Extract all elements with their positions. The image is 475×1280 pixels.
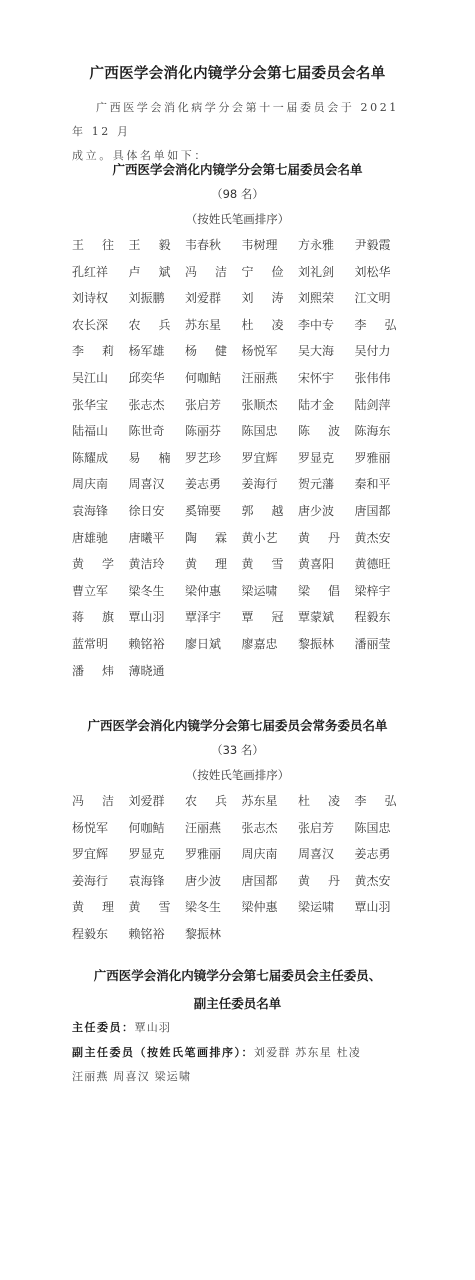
member-name: 秦和平: [355, 475, 397, 502]
member-name: 蓝常明: [72, 635, 114, 662]
member-name: 贺元藩: [298, 475, 340, 502]
member-name: 邱奕华: [129, 369, 171, 396]
member-name: 陈耀成: [72, 449, 114, 476]
member-name: 姜海行: [242, 475, 284, 502]
vice-chair-row: 副主任委员（按姓氏笔画排序）：刘爱群 苏东星 杜凌: [72, 1044, 361, 1060]
member-name: 梁冬生: [129, 582, 171, 609]
member-name: 刘涛: [242, 289, 284, 316]
member-name: 陈丽芬: [185, 422, 227, 449]
member-name: 刘熙荣: [298, 289, 340, 316]
leadership-title-line-1: 广西医学会消化内镜学分会第七届委员会主任委员、: [0, 966, 475, 984]
leadership-title-line-2: 副主任委员名单: [0, 994, 475, 1012]
member-name: 唐雄驰: [72, 529, 114, 556]
member-name: 黄雪: [129, 898, 171, 925]
member-name: 梁仲惠: [242, 898, 284, 925]
member-name: 周喜汉: [129, 475, 171, 502]
member-name: 罗雅丽: [185, 845, 227, 872]
member-name: 覃泽宇: [185, 608, 227, 635]
member-name: 张志杰: [129, 396, 171, 423]
member-name: 陈世奇: [129, 422, 171, 449]
member-name: 姜海行: [72, 872, 114, 899]
member-name: 黎振林: [185, 925, 227, 952]
member-name: 江文明: [355, 289, 397, 316]
member-name: 陆福山: [72, 422, 114, 449]
member-name: 杨健: [185, 342, 227, 369]
member-name: 陆剑萍: [355, 396, 397, 423]
member-name: 廖日斌: [185, 635, 227, 662]
member-name: 梁运啸: [298, 898, 340, 925]
member-name: 冯洁: [72, 792, 114, 819]
member-name: 奚锦要: [185, 502, 227, 529]
member-name: 刘爱群: [129, 792, 171, 819]
vice-chair-label: 副主任委员（按姓氏笔画排序）：: [72, 1046, 254, 1059]
member-name: 陈波: [298, 422, 340, 449]
member-name: 黄杰安: [355, 529, 397, 556]
member-name: 潘炜: [72, 662, 114, 689]
member-name: 梁冬生: [185, 898, 227, 925]
member-name: 杜凌: [298, 792, 340, 819]
member-name: 张伟伟: [355, 369, 397, 396]
member-name: 程毅东: [72, 925, 114, 952]
member-name: 罗宜辉: [72, 845, 114, 872]
member-name: 梁仲惠: [185, 582, 227, 609]
member-name: 苏东星: [242, 792, 284, 819]
member-name: 黄理: [185, 555, 227, 582]
member-name: 陶霖: [185, 529, 227, 556]
member-name: 张华宝: [72, 396, 114, 423]
member-name: 吴江山: [72, 369, 114, 396]
member-name: 罗显克: [129, 845, 171, 872]
member-name: 李中专: [298, 316, 340, 343]
member-name: 梁梓宇: [355, 582, 397, 609]
member-name: 覃山羽: [129, 608, 171, 635]
vice-chair-names-1: 刘爱群 苏东星 杜凌: [254, 1046, 361, 1059]
member-name: 姜志勇: [185, 475, 227, 502]
committee-order-note: （按姓氏笔画排序）: [0, 211, 475, 227]
member-name: 农兵: [185, 792, 227, 819]
member-name: 方永雅: [298, 236, 340, 263]
chair-label: 主任委员：: [72, 1021, 135, 1034]
member-name: 陈国忠: [242, 422, 284, 449]
member-name: 何咖鲒: [185, 369, 227, 396]
member-name: 黄小艺: [242, 529, 284, 556]
member-name: 黄丹: [298, 529, 340, 556]
member-name: 韦树理: [242, 236, 284, 263]
member-name: 陈海东: [355, 422, 397, 449]
member-name: 冯洁: [185, 263, 227, 290]
member-name: 刘爱群: [185, 289, 227, 316]
member-name: 徐日安: [129, 502, 171, 529]
member-name: 李莉: [72, 342, 114, 369]
member-name: 张志杰: [242, 819, 284, 846]
member-name: 廖嘉忠: [242, 635, 284, 662]
member-name: 张启芳: [298, 819, 340, 846]
committee-title: 广西医学会消化内镜学分会第七届委员会名单: [0, 160, 475, 178]
standing-committee-count: （33 名）: [0, 742, 475, 758]
member-name: 农长深: [72, 316, 114, 343]
member-name: 覃蒙斌: [298, 608, 340, 635]
member-name: 黄理: [72, 898, 114, 925]
member-name: 唐少波: [298, 502, 340, 529]
chair-name: 覃山羽: [135, 1021, 172, 1034]
member-name: 吴付力: [355, 342, 397, 369]
standing-committee-order-note: （按姓氏笔画排序）: [0, 767, 475, 783]
intro-line-1: 广西医学会消化病学分会第十一届委员会于 2021 年 12 月: [72, 96, 412, 144]
member-name: 梁倡: [298, 582, 340, 609]
member-name: 刘松华: [355, 263, 397, 290]
member-name: 李弘: [355, 792, 397, 819]
vice-chair-row-2: 汪丽燕 周喜汉 梁运啸: [72, 1068, 191, 1084]
member-name: 罗宜辉: [242, 449, 284, 476]
member-name: 王毅: [129, 236, 171, 263]
member-name: 周庆南: [242, 845, 284, 872]
member-name: 韦春秋: [185, 236, 227, 263]
chair-row: 主任委员：覃山羽: [72, 1019, 171, 1035]
member-name: 梁运啸: [242, 582, 284, 609]
member-name: 曹立军: [72, 582, 114, 609]
member-name: 黄丹: [298, 872, 340, 899]
member-name: 宁俭: [242, 263, 284, 290]
committee-count: （98 名）: [0, 186, 475, 202]
member-name: 赖铭裕: [129, 925, 171, 952]
member-name: 姜志勇: [355, 845, 397, 872]
standing-committee-title: 广西医学会消化内镜学分会第七届委员会常务委员名单: [0, 716, 475, 734]
member-name: 黄雪: [242, 555, 284, 582]
member-name: 覃冠: [242, 608, 284, 635]
member-name: 唐国都: [242, 872, 284, 899]
member-name: 陆才金: [298, 396, 340, 423]
member-name: 覃山羽: [355, 898, 397, 925]
member-name: 刘振鹏: [129, 289, 171, 316]
member-name: 汪丽燕: [242, 369, 284, 396]
member-name: 宋怀宇: [298, 369, 340, 396]
member-name: 刘礼剑: [298, 263, 340, 290]
member-name: 薄晓通: [129, 662, 171, 689]
standing-member-grid: 冯洁刘爱群农兵苏东星杜凌李弘杨悦军何咖鲒汪丽燕张志杰张启芳陈国忠罗宜辉罗显克罗雅…: [72, 792, 412, 952]
member-name: 罗雅丽: [355, 449, 397, 476]
member-name: 黄洁玲: [129, 555, 171, 582]
member-name: 杨悦军: [242, 342, 284, 369]
member-name: 袁海锋: [72, 502, 114, 529]
member-name: 潘丽莹: [355, 635, 397, 662]
member-name: 尹毅霞: [355, 236, 397, 263]
member-name: 蒋旗: [72, 608, 114, 635]
member-name: 杨军雄: [129, 342, 171, 369]
member-name: 卢斌: [129, 263, 171, 290]
vice-chair-names-2: 汪丽燕 周喜汉 梁运啸: [72, 1070, 191, 1083]
member-name: 李弘: [355, 316, 397, 343]
committee-member-grid: 王往王毅韦春秋韦树理方永雅尹毅霞孔红祥卢斌冯洁宁俭刘礼剑刘松华刘诗权刘振鹏刘爱群…: [72, 236, 412, 688]
member-name: 王往: [72, 236, 114, 263]
member-name: 黎振林: [298, 635, 340, 662]
member-name: 汪丽燕: [185, 819, 227, 846]
member-name: 周庆南: [72, 475, 114, 502]
member-name: 何咖鲒: [129, 819, 171, 846]
member-name: 罗艺珍: [185, 449, 227, 476]
member-name: 黄杰安: [355, 872, 397, 899]
member-name: 张启芳: [185, 396, 227, 423]
member-name: 杨悦军: [72, 819, 114, 846]
member-name: 黄喜阳: [298, 555, 340, 582]
member-name: 罗显克: [298, 449, 340, 476]
intro-paragraph: 广西医学会消化病学分会第十一届委员会于 2021 年 12 月 成立。具体名单如…: [72, 96, 412, 168]
member-name: 黄学: [72, 555, 114, 582]
member-name: 农兵: [129, 316, 171, 343]
member-name: 唐少波: [185, 872, 227, 899]
member-name: 易楠: [129, 449, 171, 476]
member-name: 吴大海: [298, 342, 340, 369]
member-name: 袁海锋: [129, 872, 171, 899]
member-name: 黄德旺: [355, 555, 397, 582]
member-name: 郭越: [242, 502, 284, 529]
document-title: 广西医学会消化内镜学分会第七届委员会名单: [0, 62, 475, 83]
member-name: 赖铭裕: [129, 635, 171, 662]
member-name: 刘诗权: [72, 289, 114, 316]
member-name: 程毅东: [355, 608, 397, 635]
member-name: 周喜汉: [298, 845, 340, 872]
member-name: 唐国都: [355, 502, 397, 529]
member-name: 唐曦平: [129, 529, 171, 556]
member-name: 孔红祥: [72, 263, 114, 290]
member-name: 张顺杰: [242, 396, 284, 423]
member-name: 苏东星: [185, 316, 227, 343]
member-name: 杜凌: [242, 316, 284, 343]
member-name: 陈国忠: [355, 819, 397, 846]
